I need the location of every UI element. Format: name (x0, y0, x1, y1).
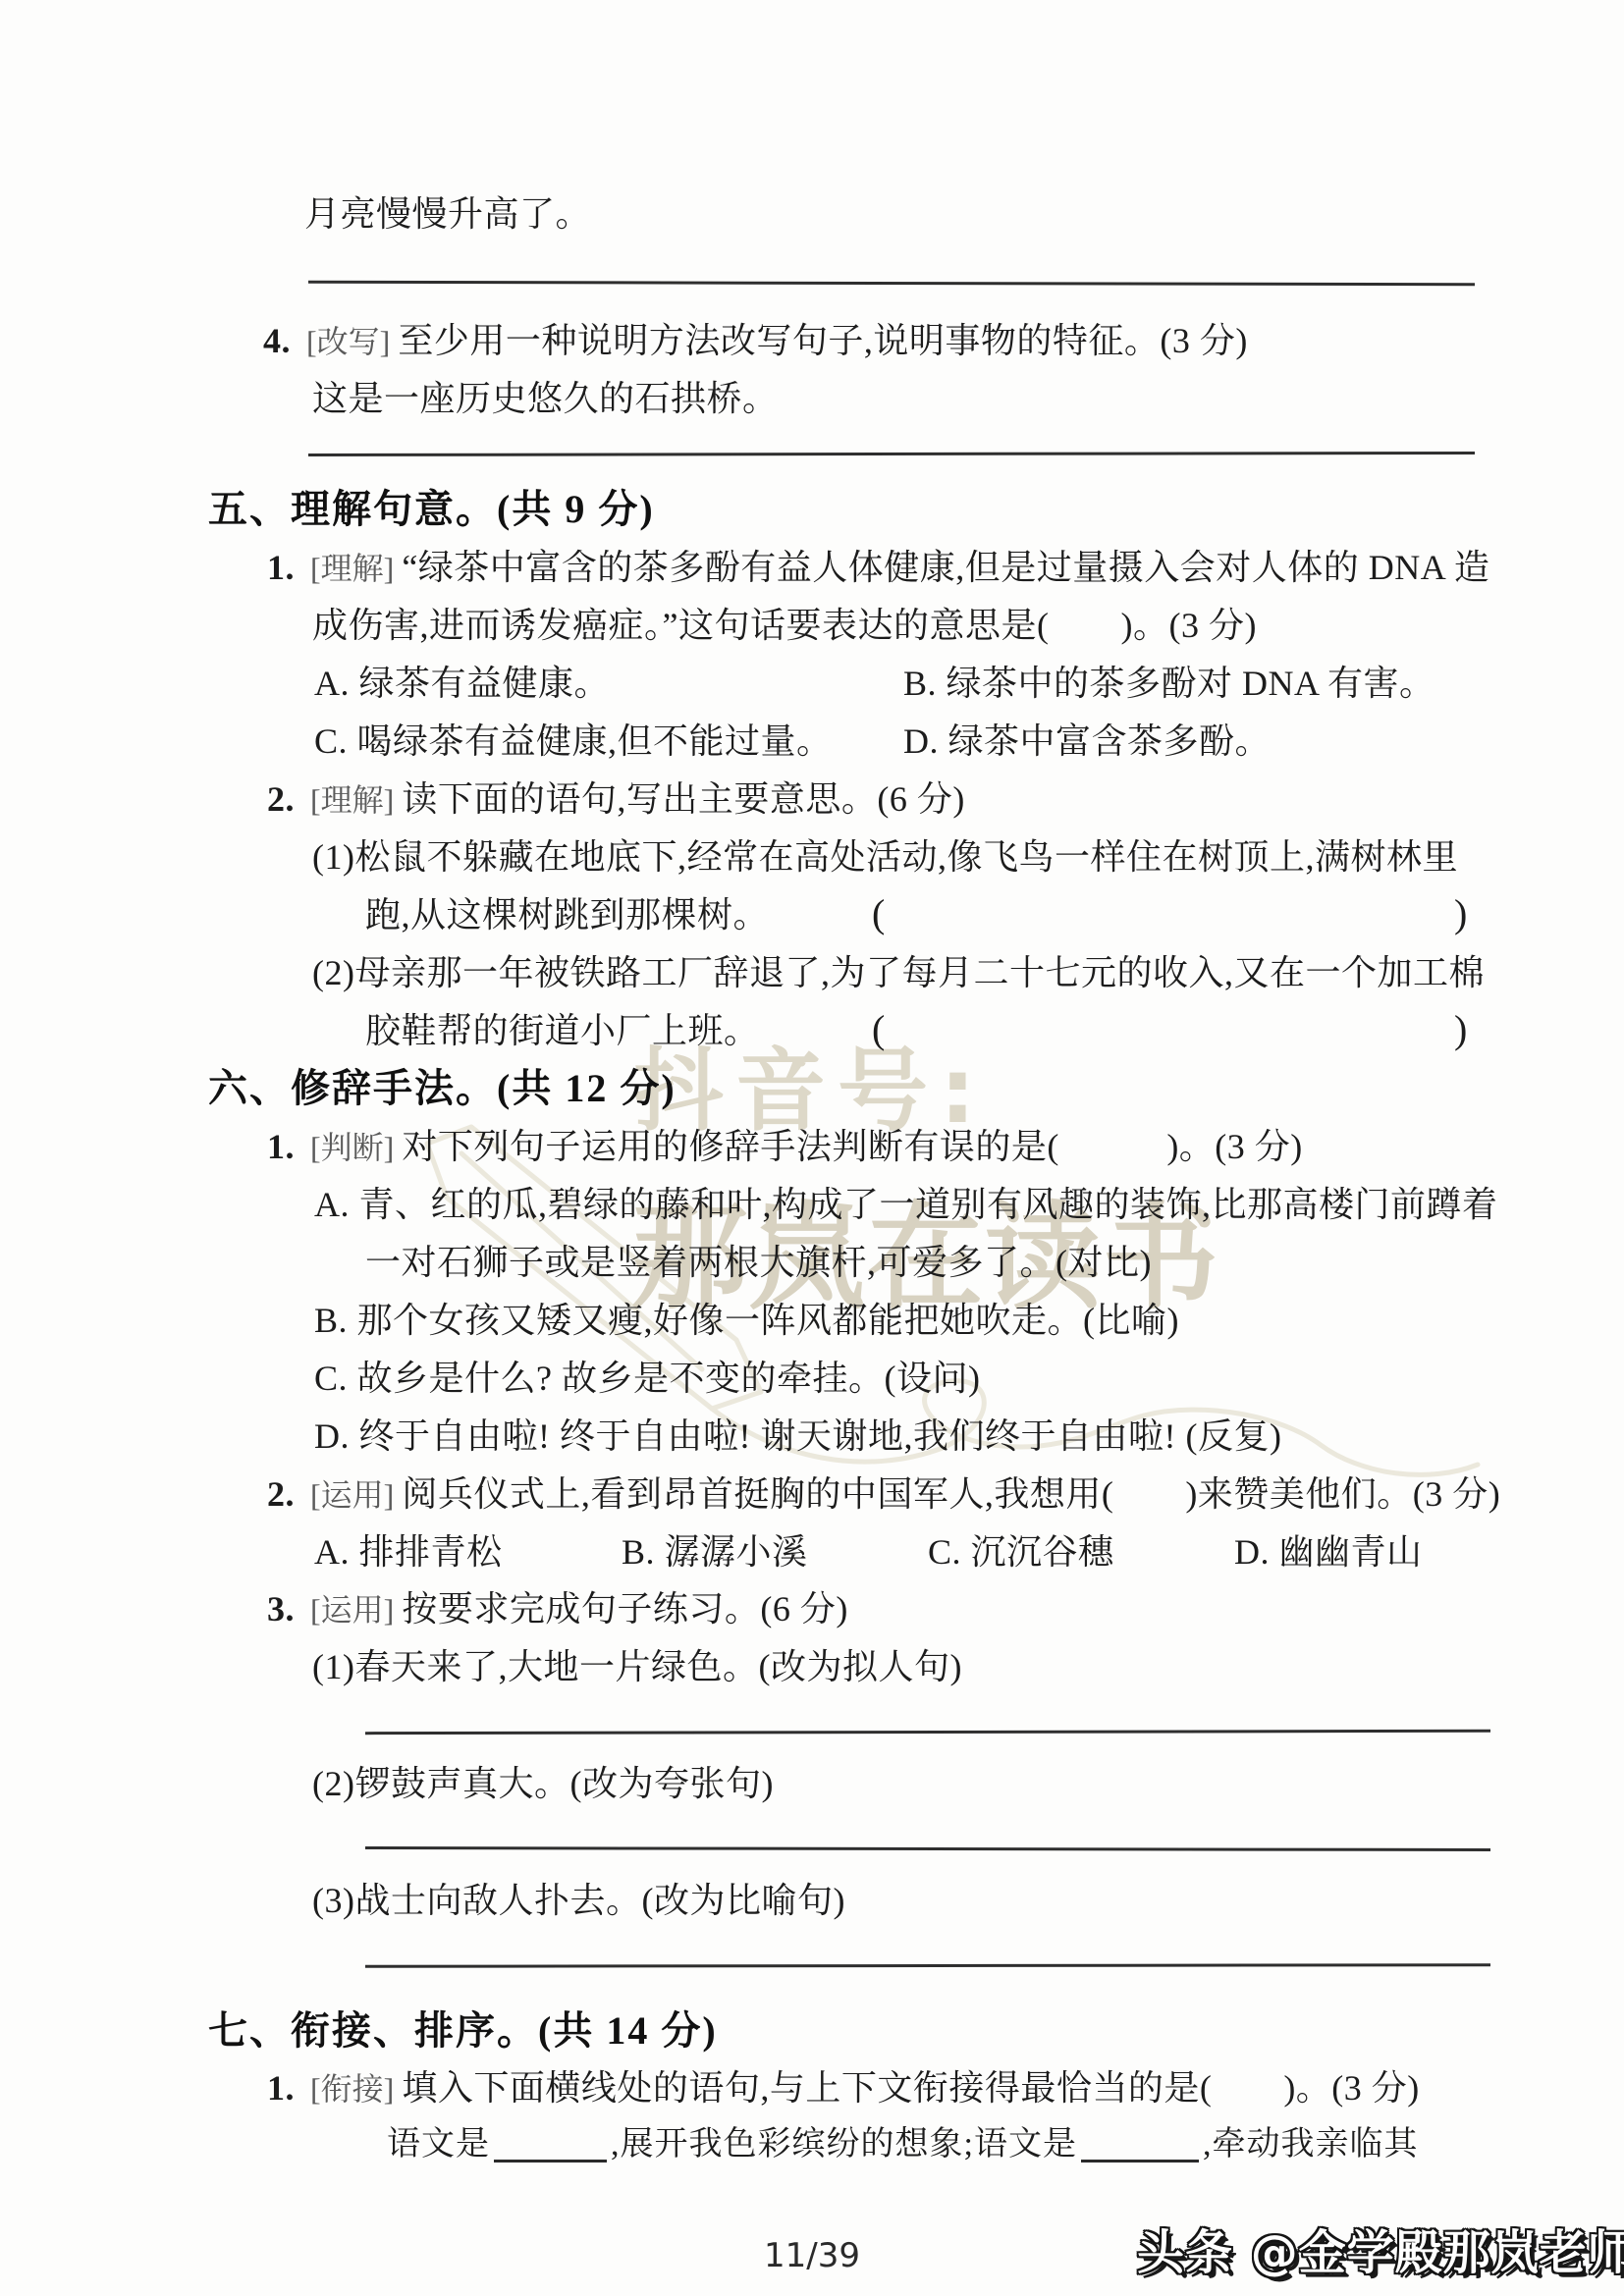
s5q2-sub2-line1: (2)母亲那一年被铁路工厂辞退了,为了每月二十七元的收入,又在一个加工棉 (312, 951, 1485, 995)
answer-line-1 (308, 281, 1475, 286)
fill-blank-1 (494, 2122, 607, 2163)
s6q1-option-a-line2: 一对石狮子或是竖着两根大旗杆,可爱多了。(对比) (365, 1241, 1152, 1285)
answer-line-3 (365, 1730, 1490, 1735)
s5q1-option-d: D. 绿茶中富含茶多酚。 (903, 720, 1271, 764)
s7q1-fill-line: 语文是,展开我色彩缤纷的想象;语文是,牵动我亲临其 (387, 2122, 1418, 2166)
s6q2-options-row: A. 排排青松B. 潺潺小溪C. 沉沉谷穗D. 幽幽青山 (314, 1530, 503, 1575)
s6q2-option-a: A. 排排青松 (314, 1532, 503, 1572)
s6q3-sub2: (2)锣鼓声真大。(改为夸张句) (312, 1762, 774, 1806)
s6q1-option-d: D. 终于自由啦! 终于自由啦! 谢天谢地,我们终于自由啦! (反复) (314, 1415, 1281, 1459)
s6q1-text: 对下列句子运用的修辞手法判断有误的是( )。(3 分) (402, 1127, 1302, 1166)
s6q3-sub3: (3)战士向敌人扑去。(改为比喻句) (312, 1879, 845, 1923)
s6q3-number: 3. (267, 1589, 295, 1629)
s5q2-sub1-line2: 跑,从这棵树跳到那棵树。() (365, 893, 769, 937)
answer-line-5 (365, 1963, 1490, 1968)
section-7-title: 七、衔接、排序。(共 14 分) (208, 2006, 718, 2056)
worksheet-page: 抖音号: 那岚在读书 月亮慢慢升高了。 4.[改写]至少用一种说明方法改写句子,… (0, 0, 1624, 2296)
section-5-title: 五、理解句意。(共 9 分) (208, 485, 655, 534)
s6q2-option-b: B. 潺潺小溪 (622, 1530, 808, 1575)
s5q2-sub2-text: 胶鞋帮的街道小厂上班。 (365, 1011, 760, 1050)
s6q2-tag: [运用] (310, 1477, 394, 1513)
s6q1-tag: [判断] (310, 1130, 394, 1165)
moon-answer-sentence: 月亮慢慢升高了。 (304, 192, 591, 237)
s7q1-text: 填入下面横线处的语句,与上下文衔接得最恰当的是( )。(3 分) (402, 2068, 1419, 2108)
s6q2-number: 2. (267, 1474, 295, 1514)
answer-line-4 (365, 1846, 1490, 1851)
s5q2-row: 2.[理解]读下面的语句,写出主要意思。(6 分) (267, 777, 965, 822)
page-number: 11/39 (764, 2236, 860, 2275)
answer-line-2 (308, 452, 1475, 456)
s5q2-sub2-line2: 胶鞋帮的街道小厂上班。() (365, 1009, 760, 1053)
s5q1-text-line1: “绿茶中富含的茶多酚有益人体健康,但是过量摄入会对人体的 DNA 造 (402, 548, 1489, 587)
s5q1-option-c: C. 喝绿茶有益健康,但不能过量。 (314, 721, 833, 761)
s7q1-row: 1.[衔接]填入下面横线处的语句,与上下文衔接得最恰当的是( )。(3 分) (267, 2066, 1420, 2110)
s7q1-number: 1. (267, 2068, 295, 2108)
fill-blank-2 (1081, 2122, 1199, 2163)
s7q1-tag: [衔接] (310, 2071, 394, 2107)
s5q2-sub1-line1: (1)松鼠不躲藏在地底下,经常在高处活动,像飞鸟一样住在树顶上,满树林里 (312, 835, 1458, 880)
s5q2-sub1-text: 跑,从这棵树跳到那棵树。 (365, 895, 769, 934)
s6q2-row: 2.[运用]阅兵仪式上,看到昂首挺胸的中国军人,我想用( )来赞美他们。(3 分… (267, 1472, 1500, 1517)
q4-tag: [改写] (306, 324, 390, 359)
s6q1-option-a-line1: A. 青、红的瓜,碧绿的藤和叶,构成了一道别有风趣的装饰,比那高楼门前蹲着 (314, 1183, 1498, 1227)
s6q3-text: 按要求完成句子练习。(6 分) (402, 1589, 847, 1629)
s6q1-option-b: B. 那个女孩又矮又瘦,好像一阵风都能把她吹走。(比喻) (314, 1299, 1179, 1343)
s6q1-number: 1. (267, 1127, 295, 1166)
s6q1-option-c: C. 故乡是什么? 故乡是不变的牵挂。(设问) (314, 1357, 980, 1401)
s6q3-row: 3.[运用]按要求完成句子练习。(6 分) (267, 1587, 848, 1631)
s6q2-option-d: D. 幽幽青山 (1234, 1530, 1423, 1575)
fill-seg-2: ,展开我色彩缤纷的想象;语文是 (611, 2126, 1077, 2163)
s5q1-text-line2: 成伤害,进而诱发癌症。”这句话要表达的意思是( )。(3 分) (312, 604, 1257, 648)
s5q1-option-b: B. 绿茶中的茶多酚对 DNA 有害。 (903, 662, 1435, 706)
q4-number: 4. (263, 321, 291, 360)
answer-paren-close-2: ) (1454, 1005, 1468, 1054)
s5q2-number: 2. (267, 779, 295, 819)
s5q1-options-row-1: A. 绿茶有益健康。B. 绿茶中的茶多酚对 DNA 有害。 (314, 662, 610, 706)
answer-paren-close-1: ) (1454, 889, 1468, 938)
fill-seg-3: ,牵动我亲临其 (1203, 2126, 1419, 2163)
s6q3-sub1: (1)春天来了,大地一片绿色。(改为拟人句) (312, 1645, 962, 1689)
fill-seg-1: 语文是 (387, 2126, 490, 2163)
answer-paren-open-2: ( (872, 1005, 886, 1054)
s5q2-text: 读下面的语句,写出主要意思。(6 分) (402, 779, 964, 819)
watermark-toutiao-stamp: 头条 @金学殿那岚老师 (1137, 2215, 1624, 2282)
question-4-row: 4.[改写]至少用一种说明方法改写句子,说明事物的特征。(3 分) (263, 319, 1248, 363)
s5q1-row: 1.[理解]“绿茶中富含的茶多酚有益人体健康,但是过量摄入会对人体的 DNA 造 (267, 546, 1489, 590)
s5q1-option-a: A. 绿茶有益健康。 (314, 664, 610, 703)
s5q2-tag: [理解] (310, 782, 394, 818)
s5q1-number: 1. (267, 548, 295, 587)
q4-sentence: 这是一座历史悠久的石拱桥。 (312, 377, 779, 421)
q4-text: 至少用一种说明方法改写句子,说明事物的特征。(3 分) (398, 321, 1247, 360)
s6q2-option-c: C. 沉沉谷穗 (928, 1530, 1114, 1575)
s6q3-tag: [运用] (310, 1592, 394, 1628)
s6q1-row: 1.[判断]对下列句子运用的修辞手法判断有误的是( )。(3 分) (267, 1125, 1303, 1169)
s5q1-options-row-2: C. 喝绿茶有益健康,但不能过量。D. 绿茶中富含茶多酚。 (314, 720, 833, 764)
s6q2-text: 阅兵仪式上,看到昂首挺胸的中国军人,我想用( )来赞美他们。(3 分) (402, 1474, 1500, 1514)
s5q1-tag: [理解] (310, 551, 394, 586)
answer-paren-open-1: ( (872, 889, 886, 938)
section-6-title: 六、修辞手法。(共 12 分) (208, 1064, 677, 1113)
